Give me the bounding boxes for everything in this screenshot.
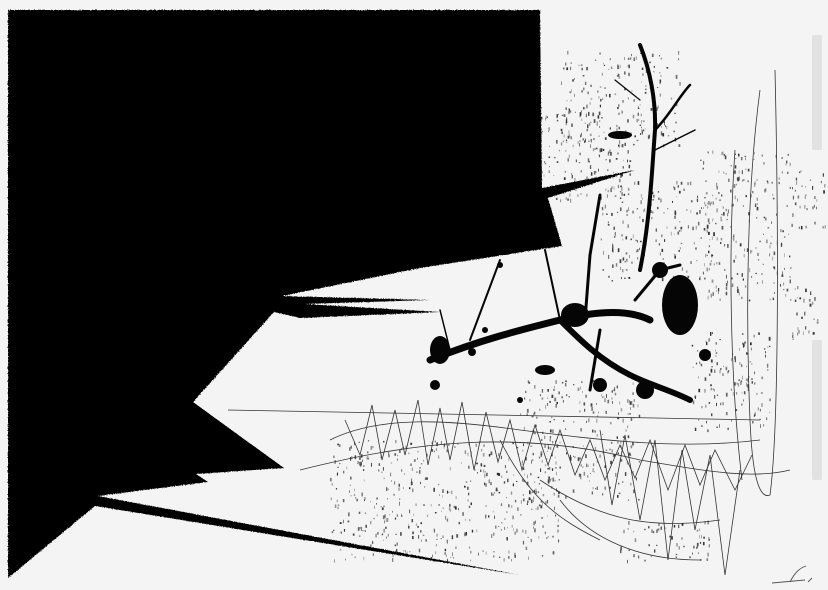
- artwork-canvas: [0, 0, 828, 590]
